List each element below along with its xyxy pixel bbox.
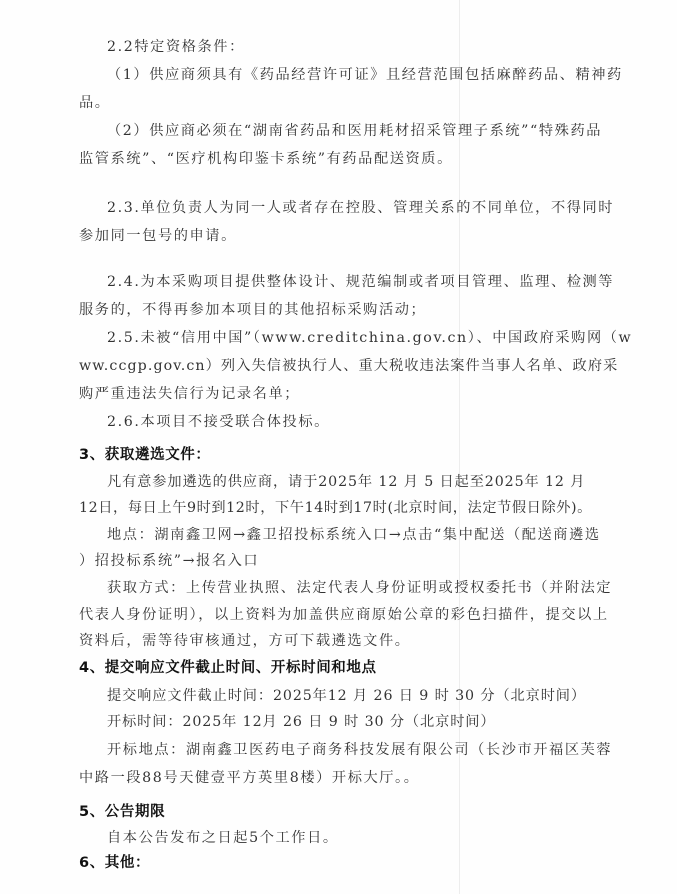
paragraph-3-3-line2: 代表人身份证明），以上资料为加盖供应商原始公章的彩色扫描件，提交以上 — [79, 605, 609, 625]
paragraph-2-2-2-line1: （2）供应商必须在“湖南省药品和医用耗材招采管理子系统”“特殊药品 — [107, 121, 602, 141]
paragraph-2-5-line2: ww.ccgp.gov.cn）列入失信被执行人、重大税收违法案件当事人名单、政府… — [79, 356, 618, 376]
section-2-2-title: 2.2特定资格条件： — [107, 37, 245, 57]
paragraph-2-2-1-line2: 品。 — [79, 93, 111, 113]
heading-3-obtain-documents: 3、获取遴选文件： — [79, 445, 211, 465]
paragraph-2-5-line3: 购严重违法失信行为记录名单； — [79, 384, 300, 404]
paragraph-5-1: 自本公告发布之日起5个工作日。 — [107, 828, 339, 848]
paragraph-2-5-line1: 2.5.未被“信用中国”（www.creditchina.gov.cn）、中国政… — [107, 328, 632, 348]
heading-5-notice-period: 5、公告期限 — [79, 802, 165, 822]
paragraph-3-3-line1: 获取方式：上传营业执照、法定代表人身份证明或授权委托书（并附法定 — [107, 578, 612, 598]
paragraph-2-4-line1: 2.4.为本采购项目提供整体设计、规范编制或者项目管理、监理、检测等 — [107, 272, 614, 292]
paragraph-4-3-line1: 开标地点：湖南鑫卫医药电子商务科技发展有限公司（长沙市开福区芙蓉 — [107, 740, 612, 760]
paragraph-3-2-line1: 地点：湖南鑫卫网→鑫卫招投标系统入口→点击“集中配送（配送商遴选 — [107, 525, 601, 545]
paragraph-2-6: 2.6.本项目不接受联合体投标。 — [107, 412, 330, 432]
paragraph-4-2-opening-time: 开标时间：2025年 12月 26 日 9 时 30 分（北京时间） — [107, 712, 495, 732]
paragraph-2-3-line2: 参加同一包号的申请。 — [79, 226, 237, 246]
paragraph-2-3-line1: 2.3.单位负责人为同一人或者存在控股、管理关系的不同单位，不得同时 — [107, 198, 614, 218]
paragraph-4-1-deadline: 提交响应文件截止时间：2025年12 月 26 日 9 时 30 分（北京时间） — [107, 686, 586, 706]
paragraph-3-1-line1: 凡有意参加遴选的供应商，请于2025年 12 月 5 日起至2025年 12 月 — [107, 472, 585, 492]
paragraph-3-1-line2: 12日，每日上午9时到12时，下午14时到17时(北京时间，法定节假日除外)。 — [79, 498, 592, 518]
paragraph-2-4-line2: 服务的，不得再参加本项目的其他招标采购活动； — [79, 300, 426, 320]
heading-6-other: 6、其他： — [79, 853, 150, 873]
paragraph-3-3-line3: 资料后，需等待审核通过，方可下载遴选文件。 — [79, 631, 411, 651]
paragraph-4-3-line2: 中路一段88号天健壹平方英里8楼）开标大厅。。 — [79, 768, 420, 788]
paragraph-3-2-line2: ）招投标系统”→报名入口 — [79, 551, 259, 571]
paragraph-2-2-2-line2: 监管系统”、“医疗机构印鉴卡系统”有药品配送资质。 — [79, 149, 453, 169]
paragraph-2-2-1-line1: （1）供应商须具有《药品经营许可证》且经营范围包括麻醉药品、精神药 — [107, 65, 623, 85]
document-page: 2.2特定资格条件： （1）供应商须具有《药品经营许可证》且经营范围包括麻醉药品… — [0, 0, 677, 894]
heading-4-deadline-and-venue: 4、提交响应文件截止时间、开标时间和地点 — [79, 658, 377, 678]
